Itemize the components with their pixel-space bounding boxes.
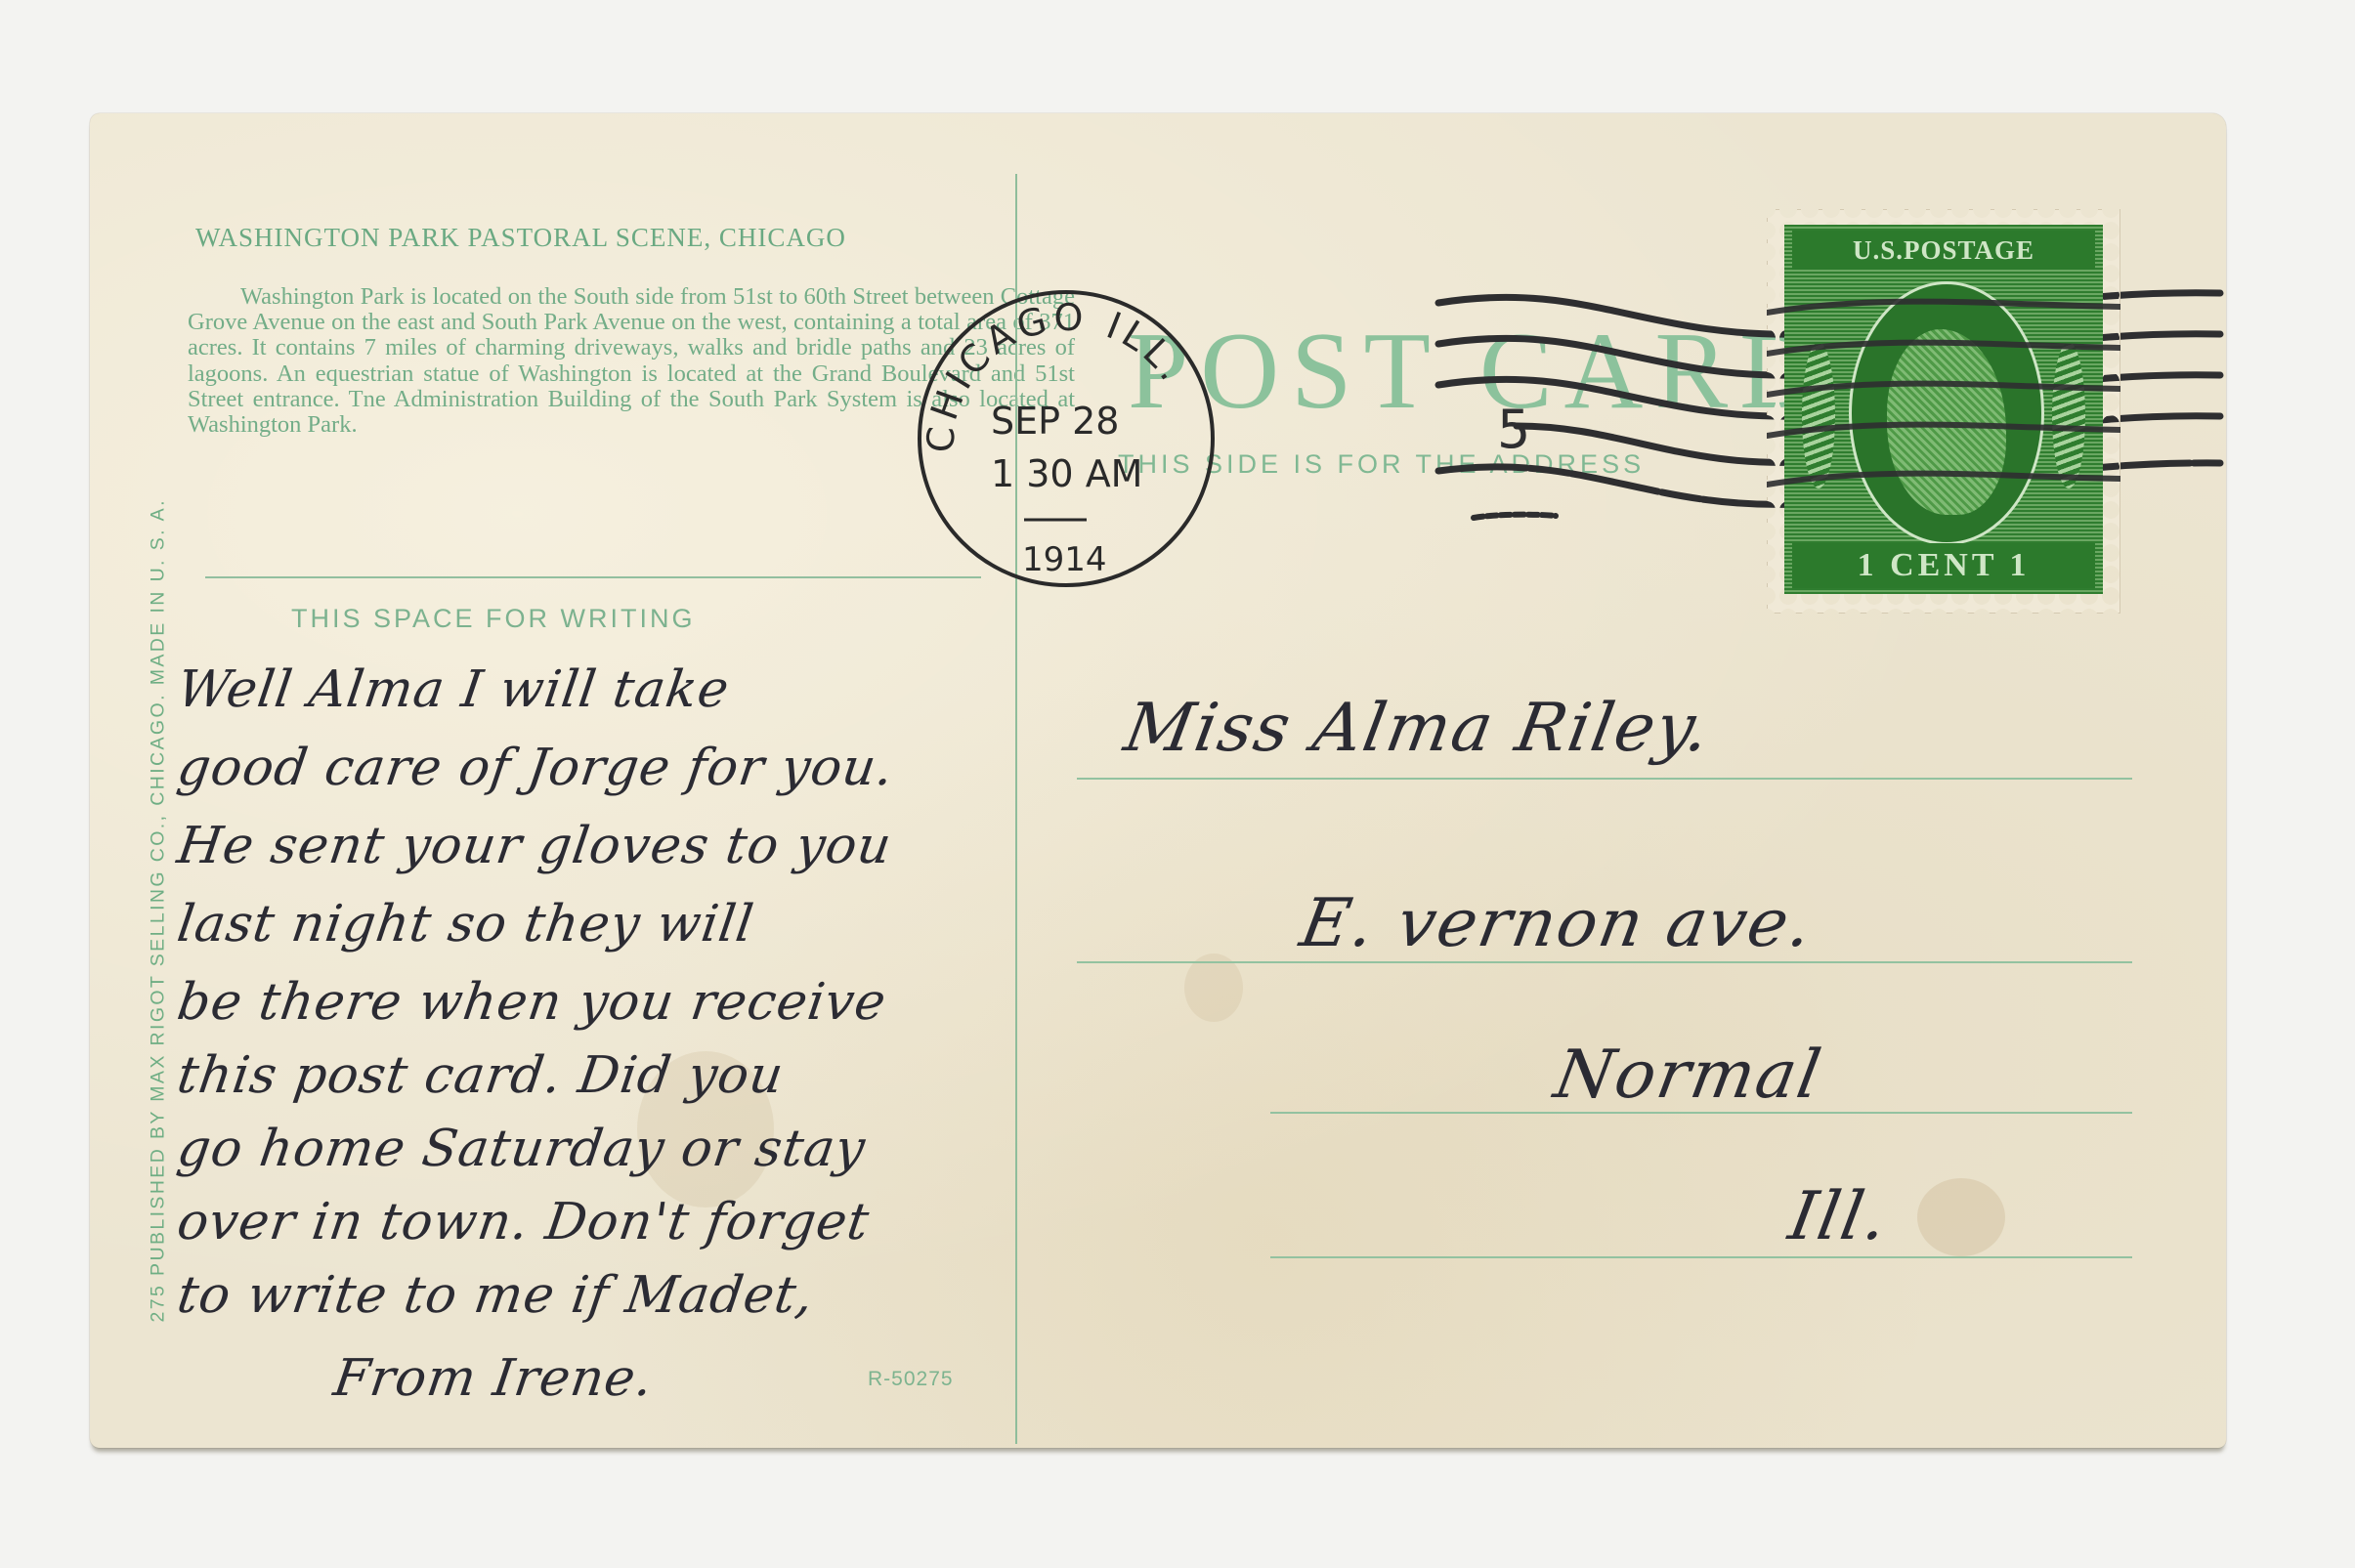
message-line: He sent your gloves to you — [174, 817, 896, 875]
writing-space-label: THIS SPACE FOR WRITING — [291, 604, 696, 634]
postage-stamp: U.S.POSTAGE 1 CENT 1 — [1767, 209, 2120, 614]
stain — [1184, 954, 1243, 1022]
message-line: over in town. Don't forget — [174, 1193, 874, 1251]
message-line: this post card. Did you — [174, 1046, 788, 1105]
svg-text:1914: 1914 — [1022, 540, 1107, 579]
postcard: WASHINGTON PARK PASTORAL SCENE, CHICAGO … — [90, 113, 2226, 1448]
card-caption-title: WASHINGTON PARK PASTORAL SCENE, CHICAGO — [195, 223, 846, 253]
message-line: be there when you receive — [174, 973, 890, 1032]
stamp-cancel-lines — [1767, 209, 2120, 614]
address-recipient: Miss Alma Riley. — [1119, 690, 1717, 767]
message-line: Well Alma I will take — [174, 660, 733, 719]
message-line: to write to me if Madet, — [174, 1266, 818, 1325]
address-street: E. vernon ave. — [1295, 885, 1820, 962]
stain — [1917, 1178, 2005, 1256]
svg-text:5: 5 — [1497, 399, 1530, 460]
address-rule — [1077, 778, 2132, 780]
message-line: go home Saturday or stay — [174, 1120, 870, 1178]
writing-space-rule — [205, 576, 981, 578]
message-line: good care of Jorge for you. — [174, 739, 898, 797]
publisher-line: 275 PUBLISHED BY MAX RIGOT SELLING CO., … — [148, 248, 170, 1323]
svg-text:SEP 28: SEP 28 — [991, 400, 1119, 443]
circular-postmark: CHICAGO ILL. SEP 28 1 30 AM 1914 — [915, 287, 1218, 590]
svg-text:1 30 AM: 1 30 AM — [991, 452, 1142, 495]
address-city: Normal — [1549, 1037, 1828, 1114]
address-state: Ill. — [1783, 1178, 1895, 1255]
address-rule — [1270, 1256, 2132, 1258]
reference-number: R-50275 — [868, 1368, 954, 1391]
message-signature: From Irene. — [330, 1349, 657, 1408]
message-line: last night so they will — [174, 895, 757, 954]
